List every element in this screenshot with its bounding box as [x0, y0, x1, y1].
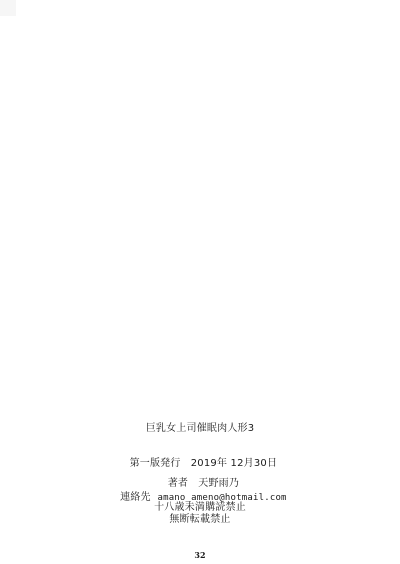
contact-line: 連絡先 amano_ameno@hotmail.com: [0, 480, 400, 504]
book-title: 巨乳女上司催眠肉人形3: [0, 423, 400, 435]
page-number: 32: [0, 550, 400, 560]
no-reproduction-notice: 無断転載禁止: [0, 514, 400, 526]
corner-scan-mark: [0, 0, 16, 16]
age-restriction-notice: 十八歳未満購読禁止: [0, 502, 400, 514]
